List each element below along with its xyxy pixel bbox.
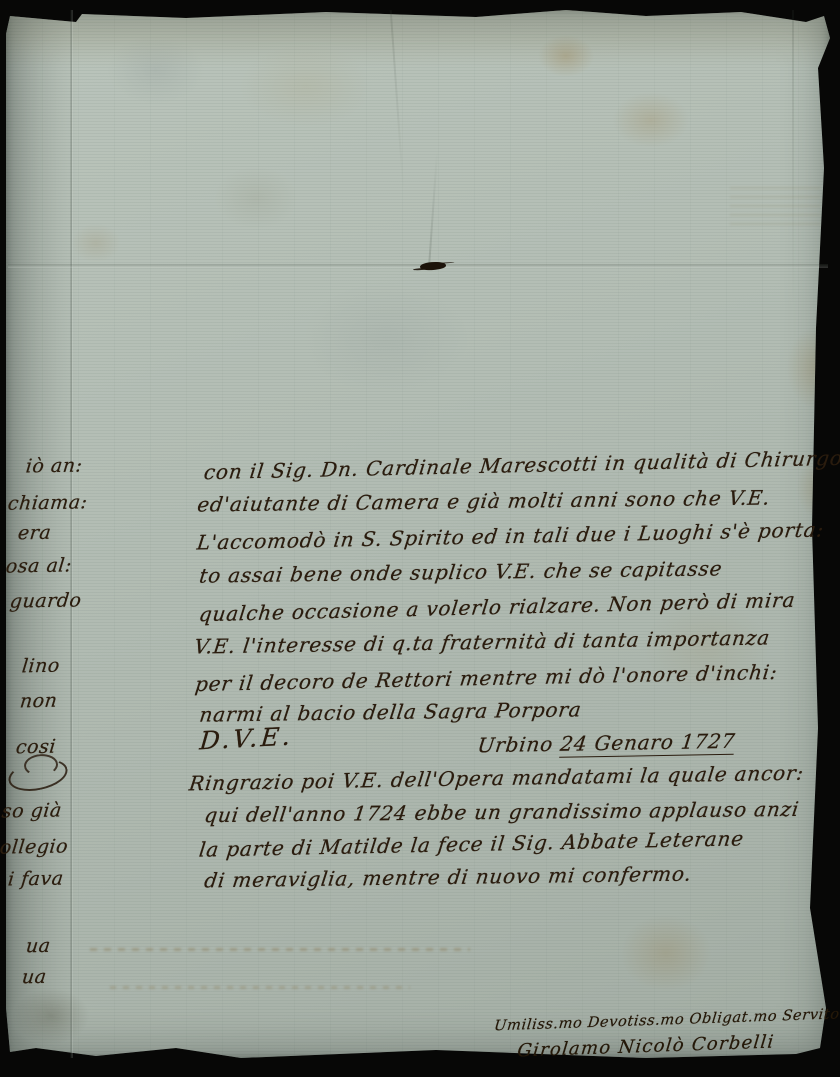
- dateline: Urbino 24 Genaro 1727: [476, 729, 737, 757]
- left-page-text-fragment: lino: [21, 655, 61, 678]
- letter-closing: D.V.E.: [198, 722, 294, 756]
- dateline-place: Urbino: [476, 732, 554, 757]
- left-page-text-fragment: i fava: [7, 868, 65, 891]
- left-page-text-fragment: era: [17, 522, 53, 545]
- left-page-text-fragment: so già: [1, 799, 63, 822]
- left-page-text-fragment: iò an:: [25, 455, 84, 478]
- dateline-date: 24 Genaro 1727: [559, 729, 737, 758]
- left-page-text-fragment: osa al:: [5, 554, 73, 577]
- manuscript-scan: { "scan": { "background_color": "#070706…: [0, 0, 840, 1077]
- show-through-mark: [110, 986, 410, 989]
- left-page-text-fragment: guardo: [9, 589, 83, 612]
- left-page-text-fragment: ollegio: [0, 835, 69, 858]
- horizontal-fold-crease: [8, 264, 828, 268]
- left-page-text-fragment: non: [19, 690, 59, 713]
- left-fold-crease: [70, 10, 73, 1058]
- left-page-text-fragment: ua: [25, 935, 52, 957]
- left-page-text-fragment: ua: [21, 966, 48, 988]
- left-page-text-fragment: chiama:: [7, 491, 89, 514]
- right-crease: [792, 10, 794, 310]
- show-through-mark: [730, 185, 820, 225]
- show-through-mark: [90, 948, 470, 951]
